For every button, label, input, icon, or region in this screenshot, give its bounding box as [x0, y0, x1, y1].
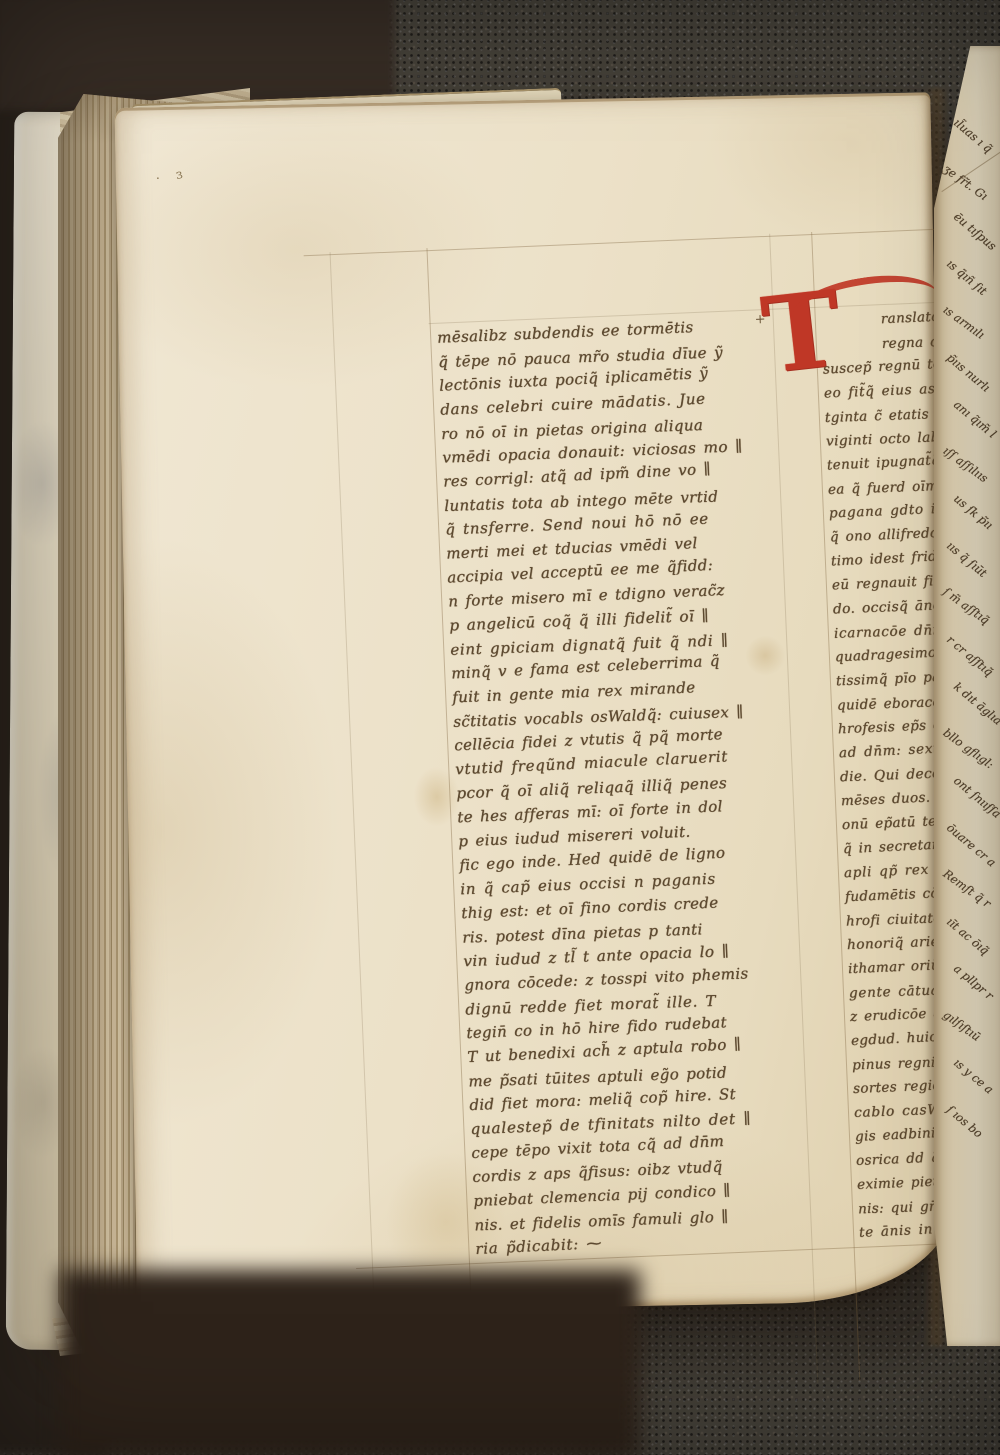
edge-text-fragment: ſ ıos bo: [923, 1102, 999, 1177]
parchment-stain: [413, 766, 460, 827]
stray-ink-marks: · ɜ: [155, 166, 190, 187]
text-block: mēsalibz subdendis ee tormētisq̃ tēpe nō…: [437, 299, 1000, 1275]
manuscript-page: · ɜ mēsalibz subdendis ee tormētisq̃ tēp…: [114, 92, 953, 1315]
photo-backdrop: · ɜ mēsalibz subdendis ee tormētisq̃ tēp…: [0, 0, 1000, 1455]
ruling-line-outer-margin: [330, 252, 380, 1411]
backdrop-topleft-shadow: [0, 0, 394, 110]
margin-cross-mark: +: [754, 312, 766, 327]
text-column-left: mēsalibz subdendis ee tormētisq̃ tēpe nō…: [437, 311, 818, 1261]
ruling-line-top-margin: [304, 223, 1000, 256]
facing-page-text: ıl̃uas ı q̃ʒe fr̃t. Gıēu tıſpusıs q̃ıñ ſ…: [938, 110, 998, 1144]
facing-page-edge: ıl̃uas ı q̃ʒe fr̃t. Gıēu tıſpusıs q̃ıñ ſ…: [934, 46, 1000, 1346]
backdrop-bottomleft-shadow: [60, 1270, 640, 1455]
